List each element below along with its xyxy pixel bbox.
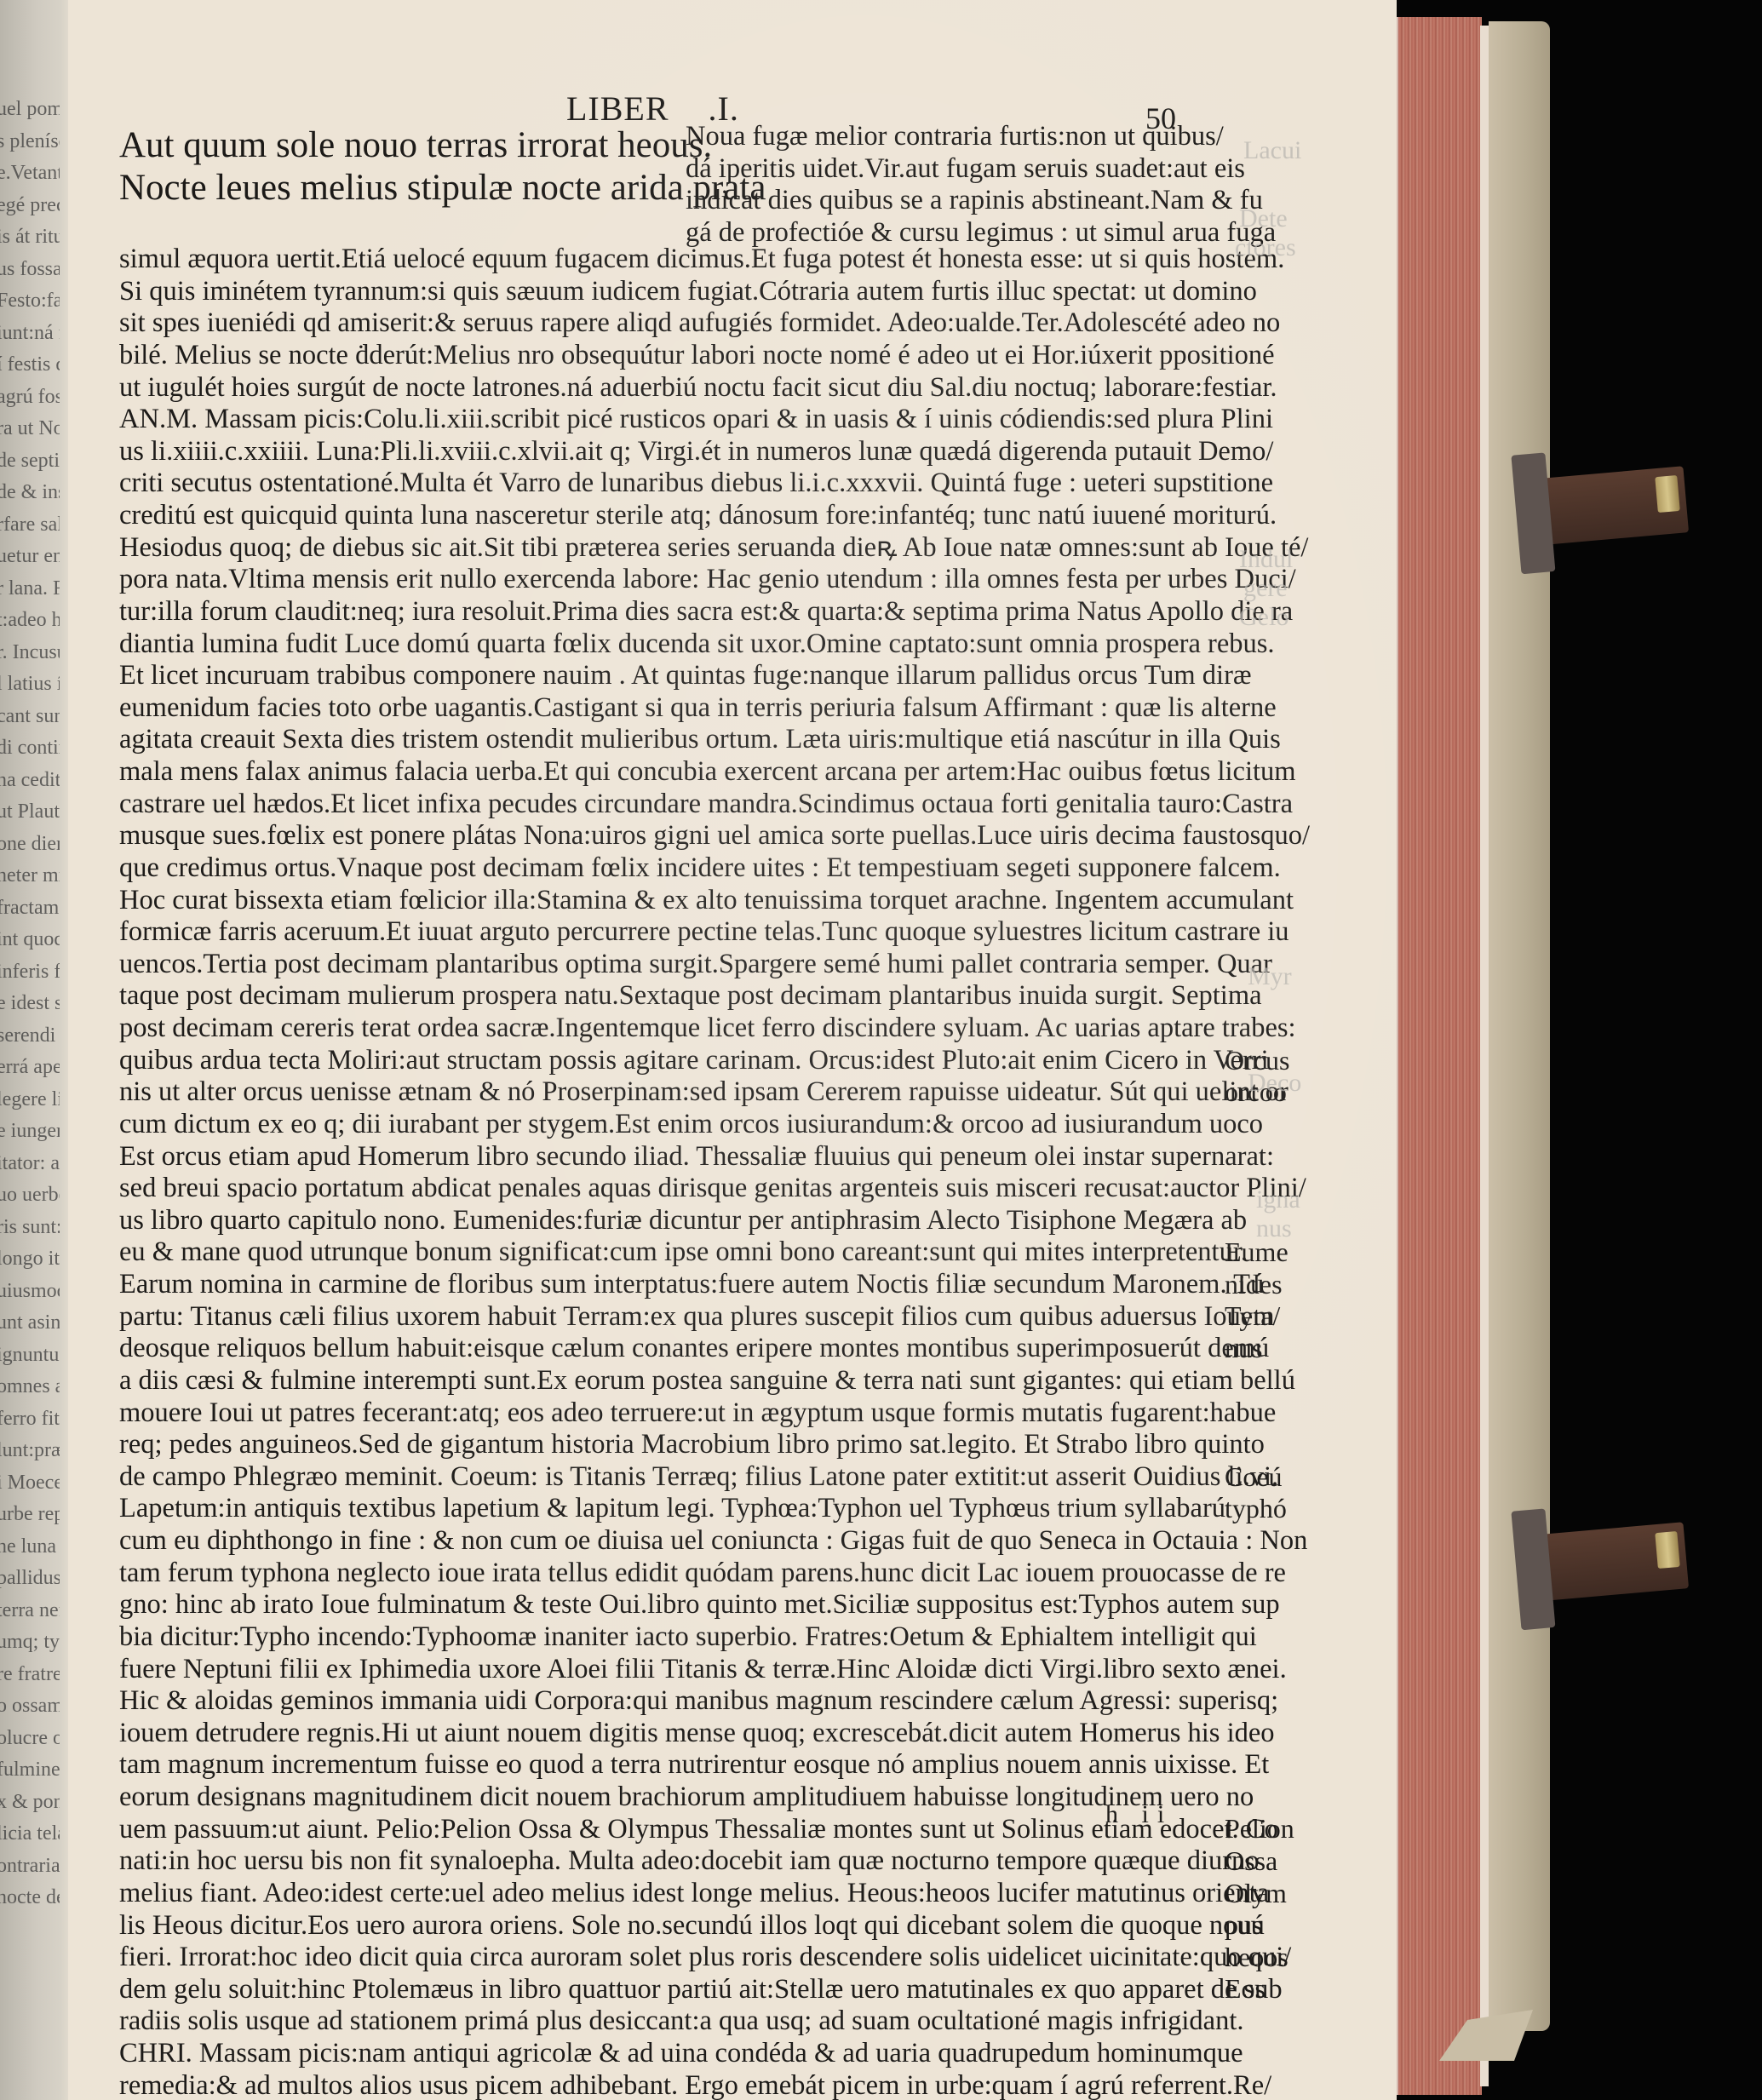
show-through-note: Dete <box>1239 204 1288 233</box>
commentary-line: Hoc curat bissexta etiam fœlicior illa:S… <box>119 885 1311 917</box>
commentary-line: AN.M. Massam picis:Colu.li.xiii.scribit … <box>119 404 1311 436</box>
left-page-line: Festo:fas ad religi <box>0 285 66 318</box>
commentary-line: que credimus ortus.Vnaque post decimam f… <box>119 852 1311 885</box>
left-page-line: umq; typhœa <box>0 1627 66 1659</box>
show-through-note: Myr <box>1248 962 1292 991</box>
commentary-line: pora nata.Vltima mensis erit nullo exerc… <box>119 564 1311 596</box>
left-page-line: terra nefando <box>0 1595 66 1627</box>
signature-mark: h ii <box>1105 1800 1173 1829</box>
show-through-note: Lacui <box>1243 136 1301 165</box>
left-page-line: longo itinere <box>0 1243 66 1276</box>
left-page-line: nocte deleret <box>0 1882 66 1914</box>
commentary-line: cum dictum ex eo q; dii iurabant per sty… <box>119 1109 1311 1141</box>
left-page-line: ignuntur dur <box>0 1340 66 1372</box>
commentary-line: req; pedes anguineos.Sed de gigantum his… <box>119 1429 1311 1461</box>
left-page-line: int quoq; oues lana <box>0 924 66 956</box>
show-through-note: nus <box>1256 1214 1292 1243</box>
commentary-line: uencos.Tertia post decimam plantaribus o… <box>119 949 1311 981</box>
left-page-line: us fossas ueteres te <box>0 254 66 286</box>
margin-note: pus <box>1225 1909 1262 1942</box>
commentary-line: CHRI. Massam picis:nam antiqui agricolæ … <box>119 2038 1311 2070</box>
left-page-line: ne luna <box>0 1531 66 1564</box>
commentary-line: mouere Ioui ut patres fecerant:atq; eos … <box>119 1397 1311 1430</box>
left-page-line: agrú fossione ta <box>0 382 66 414</box>
verse-text: Aut quum sole nouo terras irrorat heous.… <box>119 124 766 209</box>
left-page-line: l latius í spicellda <box>0 668 66 701</box>
left-page-line: serendi cá colloca <box>0 1020 66 1053</box>
left-page-line: de septis & sept <box>0 445 66 478</box>
show-through-note: Deco <box>1248 1069 1301 1098</box>
commentary-line: mala mens falax animus falacia uerba.Et … <box>119 756 1311 789</box>
commentary-line: musque sues.fœlix est ponere plátas Nona… <box>119 820 1311 852</box>
commentary-line: Earum nomina in carmine de floribus sum … <box>119 1269 1311 1301</box>
red-fore-edge <box>1397 17 1482 2095</box>
left-page-line: r lana. Festis dieb <box>0 573 66 605</box>
margin-note: Pelion <box>1225 1813 1294 1845</box>
left-page-line: itator: assiduus <box>0 1148 66 1180</box>
commentary-line: Lapetum:in antiquis textibus lapetium & … <box>119 1493 1311 1525</box>
left-page-text: uel poma portares plenísq; reportate.Vet… <box>0 94 66 1914</box>
left-page-line: lunt:præstátissi <box>0 1435 66 1467</box>
commentary-line: simul æquora uertit.Etiá uelocé equum fu… <box>119 244 1311 276</box>
left-page-edge: uel poma portares plenísq; reportate.Vet… <box>0 0 66 2100</box>
left-page-line: cant sunt in gossi <box>0 701 66 733</box>
commentary-line: sit spes iueniédi qd amiserit:& seruus r… <box>119 307 1311 340</box>
left-page-line: di continét fastos <box>0 732 66 765</box>
left-page-line: na ceditur: fari ne <box>0 765 66 797</box>
clasp-brass-tip <box>1655 1531 1680 1569</box>
left-page-line: unt asini silue <box>0 1307 66 1340</box>
commentary-line: lis Heous dicitur.Eos uero aurora oriens… <box>119 1910 1311 1942</box>
show-through-note: igna <box>1256 1185 1300 1214</box>
commentary-line: diantia lumina fudit Luce domú quarta fœ… <box>119 628 1311 661</box>
margin-note: Eos <box>1225 1973 1266 2005</box>
left-page-line: uiusmodi cal <box>0 1276 66 1308</box>
commentary-line: criti secutus ostentationé.Multa ét Varr… <box>119 468 1311 500</box>
vellum-binding <box>1489 21 1550 2031</box>
clasp-brass-tip <box>1655 475 1680 513</box>
left-page-line: uel poma portare <box>0 94 66 126</box>
left-page-line: ut Plautus.Festo d <box>0 796 66 829</box>
commentary-line: radiis solis usque ad stationem primá pl… <box>119 2005 1311 2038</box>
show-through-note: Indul <box>1239 545 1293 574</box>
verse-line: Nocte leues melius stipulæ nocte arida p… <box>119 167 766 209</box>
commentary-line: bia dicitur:Typho incendo:Typhoomæ inani… <box>119 1621 1311 1654</box>
commentary-line: Noua fugæ melior contraria furtis:non ut… <box>686 121 1276 153</box>
commentary-line: formicæ farris aceruum.Et iuuat arguto p… <box>119 916 1311 949</box>
commentary-line: us li.xiiii.c.xxiiii. Luna:Pli.li.xviii.… <box>119 436 1311 468</box>
left-page-line: neter missum no <box>0 860 66 892</box>
left-page-line: i Moecenas inst <box>0 1467 66 1500</box>
commentary-line: de campo Phlegræo meminit. Coeum: is Tit… <box>119 1461 1311 1494</box>
left-page-line: licia telæ <box>0 1818 66 1850</box>
commentary-line: partu: Titanus cæli filius uxorem habuit… <box>119 1301 1311 1334</box>
margin-note: Ossa <box>1225 1845 1277 1878</box>
margin-note: typhó <box>1225 1493 1287 1525</box>
left-page-line: iunt:ná fas lex dui <box>0 318 66 350</box>
commentary-line: a diis cæsi & fulmine interempti sunt.Ex… <box>119 1365 1311 1397</box>
commentary-line: us libro quarto capitulo nono. Eumenides… <box>119 1205 1311 1237</box>
left-page-line: legere licet.In hoc <box>0 1084 66 1116</box>
commentary-line: creditú est quicquid quinta luna nascere… <box>119 500 1311 532</box>
left-page-line: ra ut Nonius in <box>0 413 66 445</box>
left-page-line: í festis diebus no <box>0 349 66 382</box>
left-page-line: e iungere boues <box>0 1116 66 1148</box>
commentary-line: dem gelu soluit:hinc Ptolemæus in libro … <box>119 1974 1311 2006</box>
commentary-line: nis ut alter orcus uenisse ætnam & nó Pr… <box>119 1076 1311 1109</box>
commentary-line: eu & mane quod utrunque bonum significat… <box>119 1236 1311 1269</box>
commentary-line: post decimam cereris terat ordea sacræ.I… <box>119 1013 1311 1045</box>
commentary-line: eumenidum facies toto orbe uagantis.Cast… <box>119 692 1311 725</box>
show-through-note: ctores <box>1235 233 1296 262</box>
left-page-line: ris sunt: unde <box>0 1212 66 1244</box>
commentary-line: Si quis iminétem tyrannum:si quis sæuum … <box>119 276 1311 308</box>
commentary-line: bilé. Melius se nocte ḋderút:Melius nro … <box>119 340 1311 372</box>
commentary-line: agitata creauit Sexta dies tristem osten… <box>119 724 1311 756</box>
show-through-note: gere <box>1243 574 1288 603</box>
left-page-line: pallidus orcus <box>0 1563 66 1595</box>
left-page-line: e.Vetant quoq; la <box>0 158 66 190</box>
commentary-line: sed breui spacio portatum abdicat penale… <box>119 1173 1311 1205</box>
running-head-title: LIBER <box>566 89 669 128</box>
show-through-note: Gelo <box>1239 603 1288 632</box>
commentary-line: gno: hinc ab irato Ioue fulminatum & tes… <box>119 1589 1311 1621</box>
commentary-line: taque post decimam mulierum prospera nat… <box>119 980 1311 1013</box>
left-page-line: inferis far pulete <box>0 956 66 989</box>
clasp-upper <box>1530 466 1689 545</box>
left-page-line: re fratres: <box>0 1659 66 1691</box>
margin-note: Tyta/ <box>1225 1300 1280 1333</box>
left-page-line: uetur enim iure p <box>0 541 66 573</box>
left-page-line: fractam tecti trab <box>0 892 66 925</box>
commentary-line: indicat dies quibus se a rapinis abstine… <box>686 185 1276 217</box>
commentary-line: Et licet incuruam trabibus componere nau… <box>119 660 1311 692</box>
commentary-line: tur:illa forum claudit:neq; iura resolui… <box>119 596 1311 628</box>
commentary-line: Hic & aloidas geminos immania uidi Corpo… <box>119 1685 1311 1718</box>
commentary-line: quibus ardua tecta Moliri:aut structam p… <box>119 1045 1311 1077</box>
commentary-line: remedia:& ad multos alios usus picem adh… <box>119 2070 1311 2100</box>
margin-note: nides <box>1225 1269 1283 1301</box>
left-page-line: e idest stercora aq <box>0 988 66 1020</box>
commentary-line: dá iperitis uidet.Vir.aut fugam seruis s… <box>686 153 1276 186</box>
page-block-edge <box>1480 26 1489 2086</box>
left-page-line: de & insidiæ no <box>0 477 66 509</box>
margin-note: nus <box>1225 1333 1262 1365</box>
commentary-line: fuere Neptuni filii ex Iphimedia uxore A… <box>119 1654 1311 1686</box>
commentary-line: tam ferum typhona neglecto ioue irata te… <box>119 1558 1311 1590</box>
commentary-line: ut iugulét hoies surgút de nocte latrone… <box>119 372 1311 405</box>
margin-note: heoos <box>1225 1942 1288 1974</box>
left-page-line: is át ritus maioꝶ e <box>0 221 66 254</box>
left-page-line: t:adeo hoc intro <box>0 605 66 637</box>
commentary-line: castrare uel hædos.Et licet infixa pecud… <box>119 789 1311 821</box>
left-page-line: rfare salubri: id <box>0 509 66 542</box>
commentary-line: deosque reliquos bellum habuit:eisque cæ… <box>119 1333 1311 1365</box>
left-page-line: olucre olympú <box>0 1723 66 1755</box>
margin-note: Olym <box>1225 1878 1287 1910</box>
left-page-line: one dierum:Sed <box>0 829 66 861</box>
left-page-line: errá aperire: neq <box>0 1052 66 1084</box>
left-page-line: uo uerberetur <box>0 1179 66 1212</box>
commentary-line: fieri. Irrorat:hoc ideo dicit quia circa… <box>119 1942 1311 1974</box>
left-page-line: fulmine montes <box>0 1754 66 1787</box>
clasp-lower <box>1530 1522 1689 1601</box>
commentary-line: iouem detrudere regnis.Hi ut aiunt nouem… <box>119 1718 1311 1750</box>
left-page-line: ontraria furtis. <box>0 1850 66 1883</box>
commentary-line: melius fiant. Adeo:idest certe:uel adeo … <box>119 1878 1311 1910</box>
commentary-top-block: Noua fugæ melior contraria furtis:non ut… <box>686 121 1276 249</box>
commentary-line: tam magnum incrementum fuisse eo quod a … <box>119 1749 1311 1782</box>
left-page-line: egé precepit: ót ico <box>0 190 66 222</box>
left-page-line: x & ponere uites <box>0 1787 66 1819</box>
commentary-line: Est orcus etiam apud Homerum libro secun… <box>119 1141 1311 1173</box>
verse-line: Aut quum sole nouo terras irrorat heous. <box>119 124 766 167</box>
book-scan: uel poma portares plenísq; reportate.Vet… <box>0 0 1762 2100</box>
left-page-line: omnes anteci <box>0 1371 66 1403</box>
left-page-line: ferro fit mansu <box>0 1403 66 1436</box>
left-page-line: r. Incusum ordu <box>0 637 66 669</box>
commentary-line: cum eu diphthongo in fine : & non cum oe… <box>119 1525 1311 1558</box>
left-page-line: o ossam: <box>0 1690 66 1723</box>
commentary-line: Hesiodus quoq; de diebus sic ait.Sit tib… <box>119 532 1311 565</box>
left-page-line: urbe reportat <box>0 1499 66 1531</box>
right-page: LIBER.I. 50 Aut quum sole nouo terras ir… <box>68 0 1397 2100</box>
commentary-line: nati:in hoc uersu bis non fit synaloepha… <box>119 1845 1311 1878</box>
left-page-line: s plenísq; reportat <box>0 126 66 158</box>
margin-note: Coeú <box>1225 1461 1283 1494</box>
